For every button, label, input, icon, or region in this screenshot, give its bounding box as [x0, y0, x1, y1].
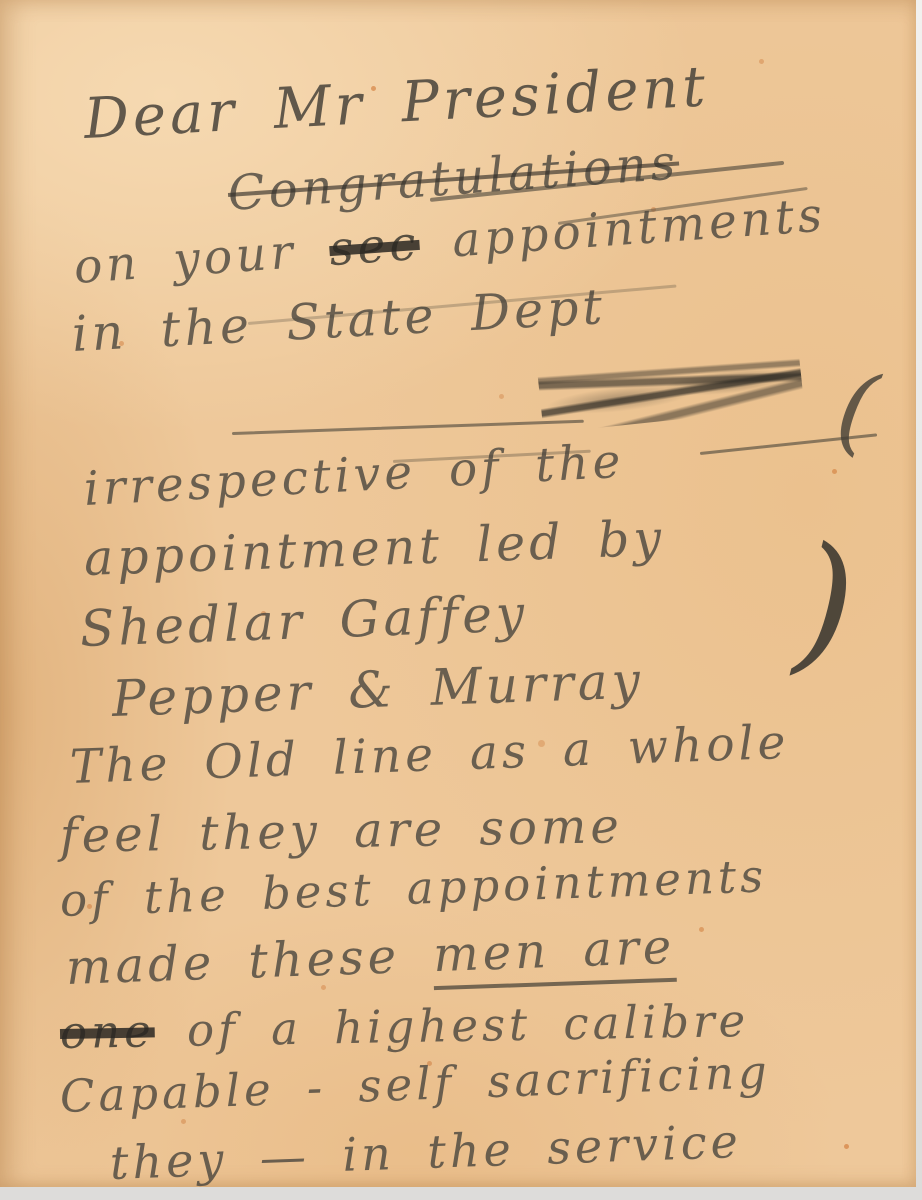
handwritten-line: Capable - self sacrificing — [59, 1049, 771, 1119]
parenthesis-mark: ( — [831, 360, 883, 461]
handwritten-line: irrespective of the — [83, 438, 626, 513]
line-text: made these — [65, 927, 434, 996]
pencil-dash — [232, 420, 584, 435]
line-text: on your — [72, 222, 331, 295]
handwritten-line: Pepper & Murray — [111, 655, 644, 724]
line-text: The Old line as a whole — [69, 715, 790, 795]
paper-speckles — [0, 0, 3, 3]
line-text: Shedlar Gaffey — [79, 584, 529, 658]
handwritten-line: feel they are some — [60, 802, 624, 860]
underlined-phrase: men are — [432, 919, 676, 990]
handwritten-line: The Old line as a whole — [69, 719, 790, 791]
scanned-page: Dear Mr PresidentCongratulationson your … — [0, 0, 922, 1200]
line-text: feel they are some — [60, 798, 624, 864]
scratched-word: one — [60, 1004, 156, 1059]
line-text: appointment led by — [83, 510, 666, 587]
line-text: Pepper & Murray — [111, 651, 645, 728]
line-text: in the State Dept — [71, 278, 608, 363]
handwritten-line: they — in the service — [109, 1118, 742, 1186]
letter-paper: Dear Mr PresidentCongratulationson your … — [0, 0, 916, 1187]
parenthesis-mark: ) — [792, 527, 858, 680]
handwritten-line: made these men are — [65, 923, 676, 992]
line-text: Dear Mr President — [82, 54, 710, 152]
handwritten-line: Shedlar Gaffey — [79, 588, 529, 654]
handwritten-line: appointment led by — [83, 514, 666, 583]
handwritten-line: one of a highest calibre — [60, 998, 750, 1055]
line-text: of a highest calibre — [154, 994, 749, 1057]
handwritten-line: in the State Dept — [71, 282, 608, 359]
line-text: they — in the service — [109, 1114, 742, 1190]
handwritten-line: of the best appointments — [59, 853, 768, 923]
handwritten-line: Dear Mr President — [83, 59, 711, 148]
line-text: irrespective of the — [83, 434, 626, 517]
scratched-word: sec — [328, 216, 422, 277]
scribbled-out-text — [538, 348, 805, 433]
